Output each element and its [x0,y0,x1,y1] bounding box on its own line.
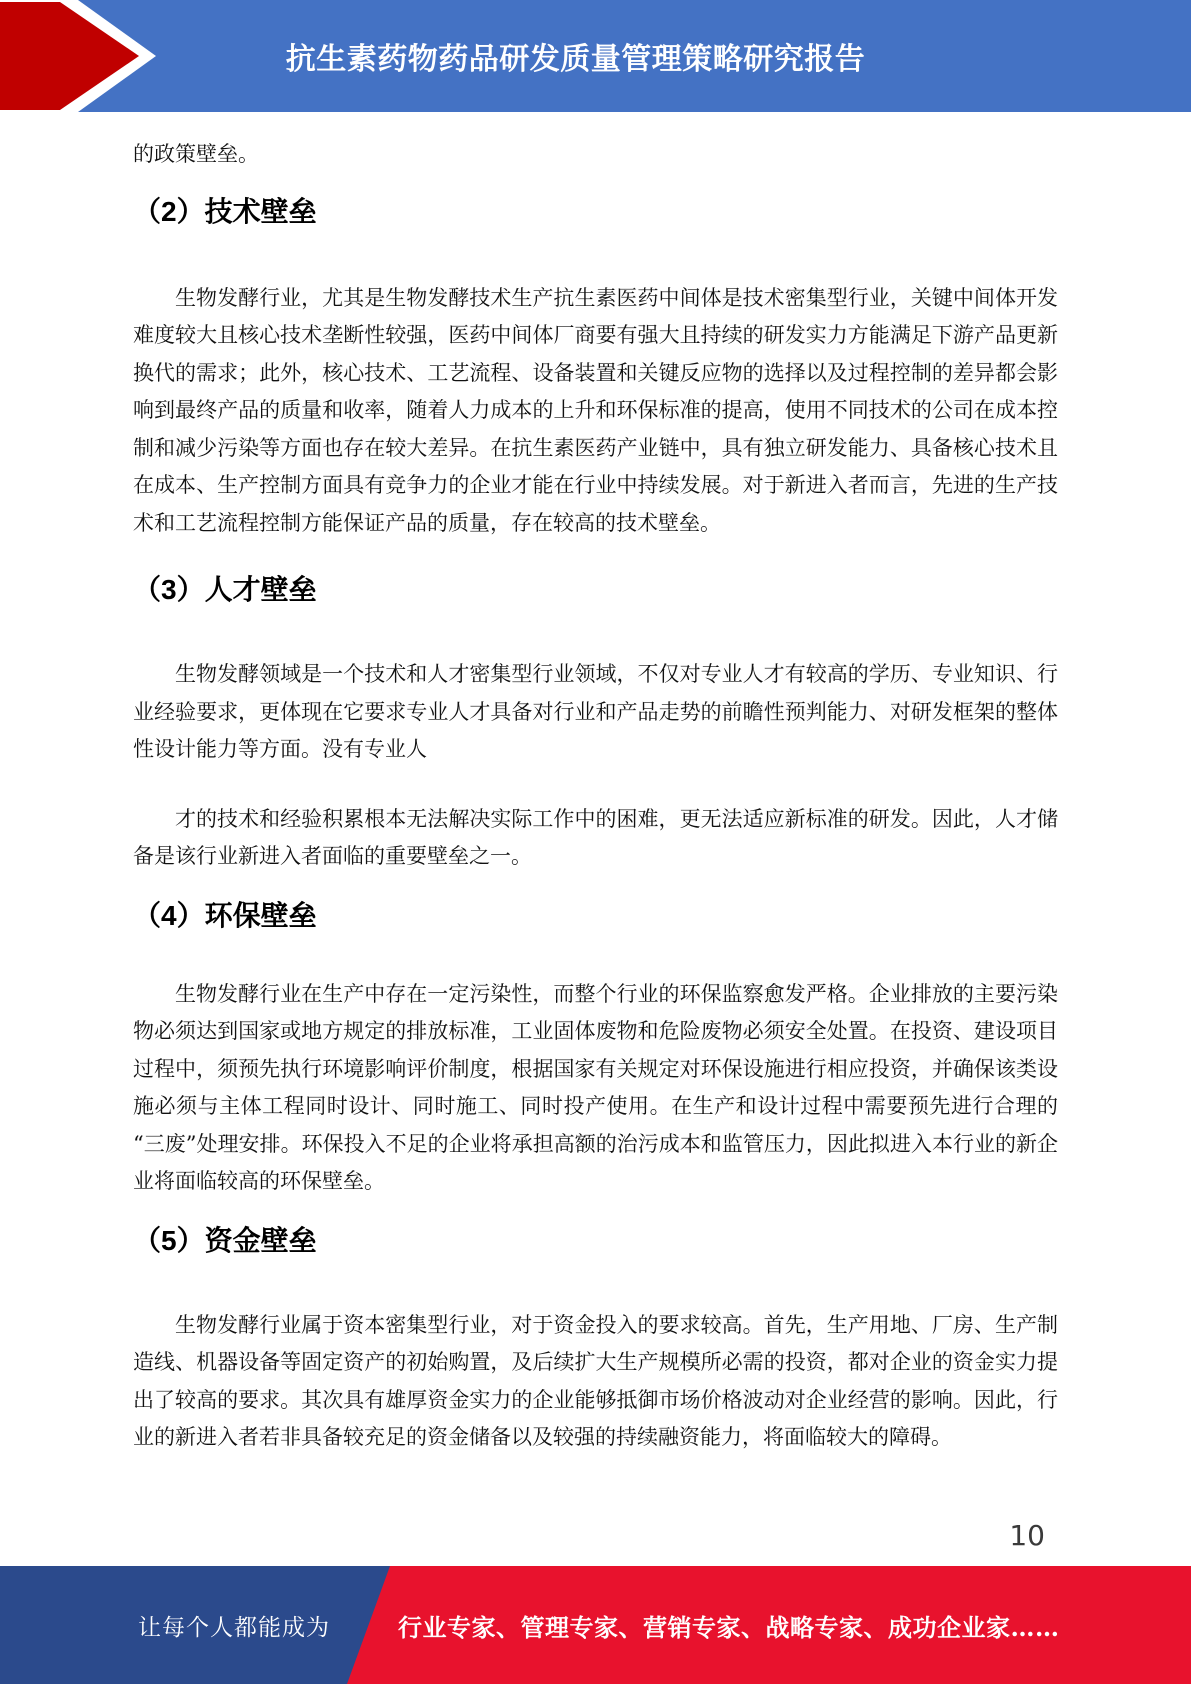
footer-slogan-right: 行业专家、管理专家、营销专家、战略专家、成功企业家…… [398,1566,1060,1684]
section-heading-environment-barrier: （4）环保壁垒 [133,898,1058,934]
document-body: 的政策壁垒。 （2）技术壁垒 生物发酵行业，尤其是生物发酵技术生产抗生素医药中间… [133,112,1058,1457]
section-heading-capital-barrier: （5）资金壁垒 [133,1223,1058,1259]
paragraph: 生物发酵行业在生产中存在一定污染性，而整个行业的环保监察愈发严格。企业排放的主要… [133,976,1058,1201]
footer-slogan-left: 让每个人都能成为 [138,1566,330,1684]
footer-banner: 让每个人都能成为 行业专家、管理专家、营销专家、战略专家、成功企业家…… [0,1566,1191,1684]
paragraph: 生物发酵行业属于资本密集型行业，对于资金投入的要求较高。首先，生产用地、厂房、生… [133,1307,1058,1457]
section-heading-talent-barrier: （3）人才壁垒 [133,572,1058,608]
page-number: 10 [1009,1519,1045,1552]
paragraph: 才的技术和经验积累根本无法解决实际工作中的困难，更无法适应新标准的研发。因此，人… [133,801,1058,876]
report-page: 抗生素药物药品研发质量管理策略研究报告 的政策壁垒。 （2）技术壁垒 生物发酵行… [0,0,1191,1684]
section-heading-tech-barrier: （2）技术壁垒 [133,194,1058,230]
header-banner: 抗生素药物药品研发质量管理策略研究报告 [0,0,1191,112]
carryover-line: 的政策壁垒。 [133,136,1058,174]
paragraph: 生物发酵行业，尤其是生物发酵技术生产抗生素医药中间体是技术密集型行业，关键中间体… [133,280,1058,543]
report-title: 抗生素药物药品研发质量管理策略研究报告 [0,0,1191,112]
paragraph: 生物发酵领域是一个技术和人才密集型行业领域，不仅对专业人才有较高的学历、专业知识… [133,656,1058,769]
